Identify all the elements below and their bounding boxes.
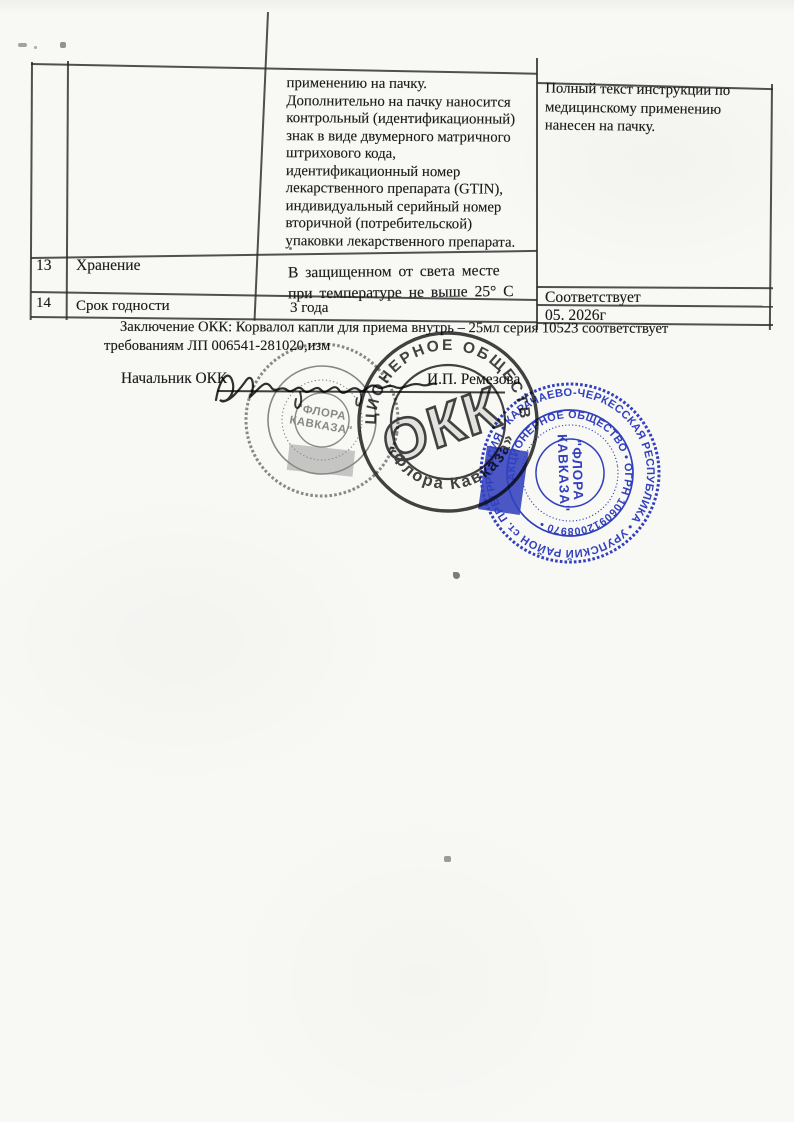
scan-speck (444, 856, 451, 862)
cell-row14-num: 14 (36, 295, 51, 312)
scan-speck (453, 572, 460, 579)
signature-scribble (210, 360, 440, 418)
cell-row13-name: Хранение (76, 257, 140, 275)
cell-requirement-continuation: применению на пачку. Дополнительно на па… (285, 75, 542, 252)
scan-speck (34, 46, 37, 49)
cell-row13-result: Соответствует (545, 289, 641, 307)
scan-speck (18, 43, 27, 47)
grey-stamp-ink-blob (287, 444, 355, 477)
table-border-left (30, 62, 33, 320)
cell-row13-num: 13 (36, 257, 52, 275)
table-border-col1 (66, 61, 69, 320)
table-border-col2 (254, 12, 269, 321)
cell-row13-requirement: В защищенном от света месте при температ… (288, 260, 544, 305)
blue-stamp-ink-blob (478, 446, 528, 515)
stamp-flora-blue: РОССИЯ • КАРАЧАЕВО-ЧЕРКЕССКАЯ РЕСПУБЛИКА… (457, 360, 683, 586)
cell-row14-name: Срок годности (76, 298, 170, 315)
table-border-top-left (31, 63, 537, 74)
scan-speck (60, 42, 66, 48)
cell-row14-requirement: 3 года (290, 300, 328, 317)
cell-result-continuation: Полный текст инструкции по медицинскому … (545, 79, 772, 138)
blue-stamp-center-text: "ФЛОРА КАВКАЗА" (555, 433, 587, 512)
scanned-document-page: применению на пачку. Дополнительно на па… (0, 0, 794, 1122)
